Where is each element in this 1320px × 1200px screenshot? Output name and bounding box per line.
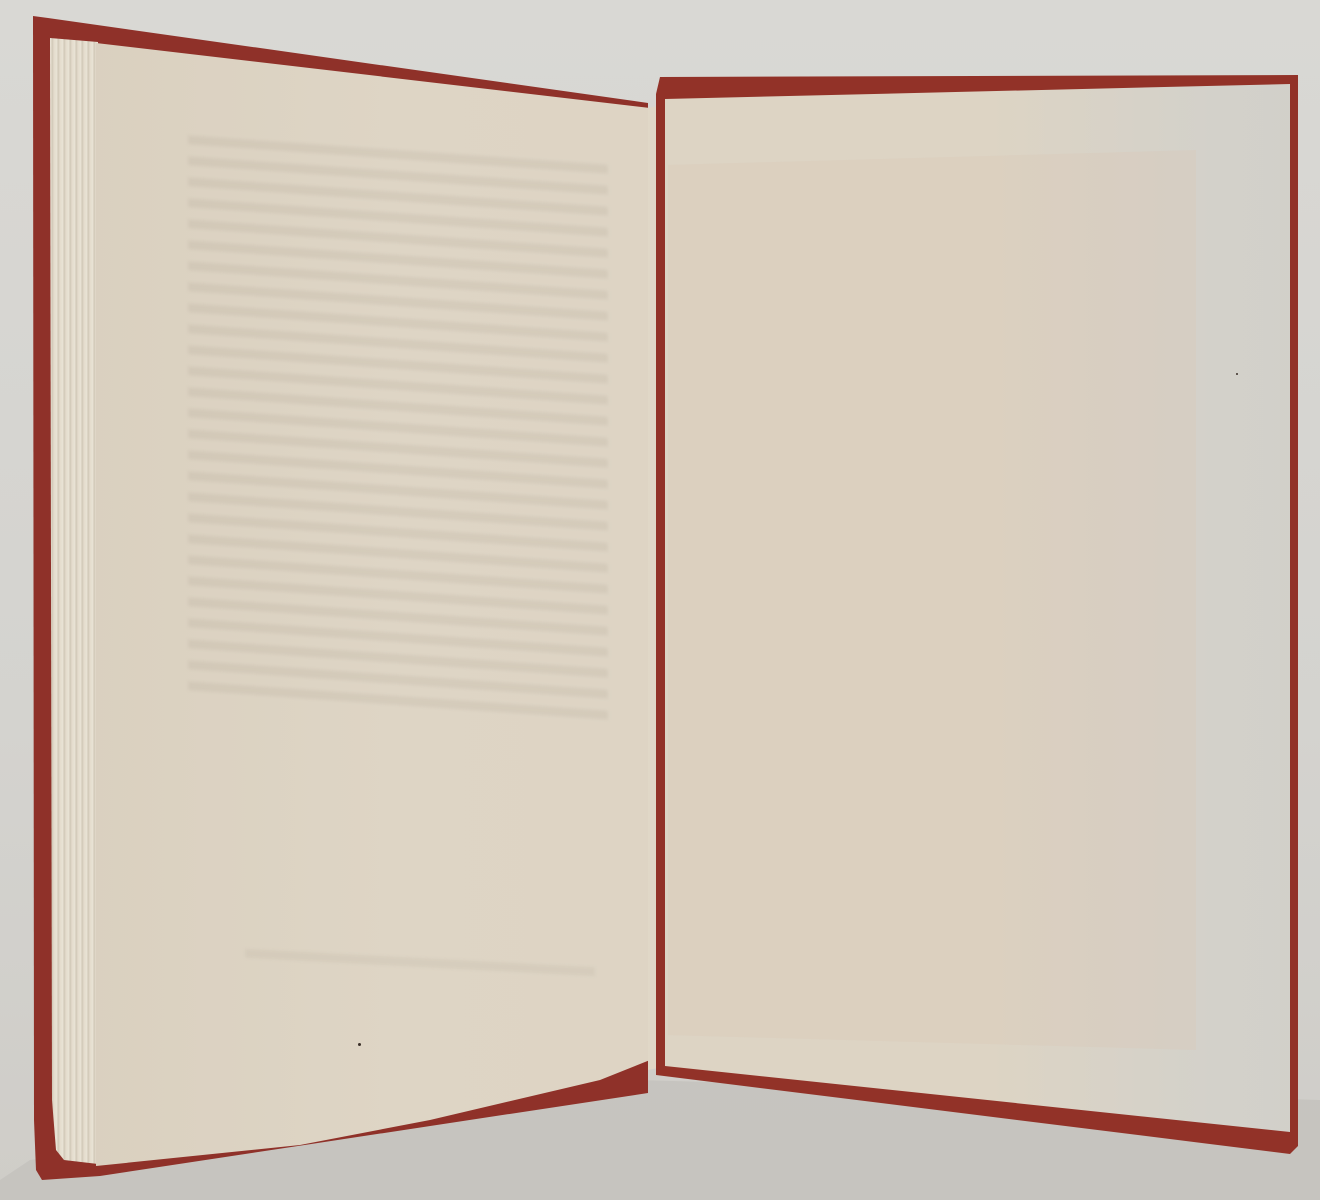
bleed-through-text xyxy=(188,135,608,724)
paper-speck xyxy=(1236,373,1238,375)
paper-speck xyxy=(358,1043,361,1046)
